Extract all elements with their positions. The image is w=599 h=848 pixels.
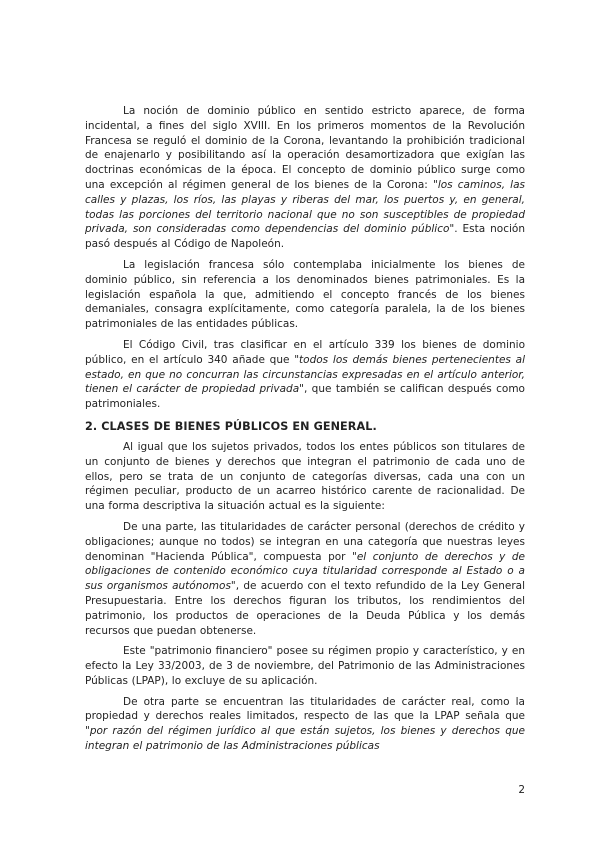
paragraph: De una parte, las titularidades de carác…: [85, 520, 525, 638]
page-number: 2: [85, 783, 525, 798]
document-body: La noción de dominio público en sentido …: [85, 104, 525, 760]
section-heading: 2. CLASES DE BIENES PÚBLICOS EN GENERAL.: [85, 419, 525, 434]
paragraph: Este "patrimonio financiero" posee su ré…: [85, 644, 525, 688]
paragraph: La legislación francesa sólo contemplaba…: [85, 258, 525, 332]
document-page: La noción de dominio público en sentido …: [0, 0, 599, 848]
paragraph: El Código Civil, tras clasificar en el a…: [85, 338, 525, 412]
paragraph: De otra parte se encuentran las titulari…: [85, 695, 525, 754]
paragraph: Al igual que los sujetos privados, todos…: [85, 440, 525, 514]
paragraph: La noción de dominio público en sentido …: [85, 104, 525, 252]
